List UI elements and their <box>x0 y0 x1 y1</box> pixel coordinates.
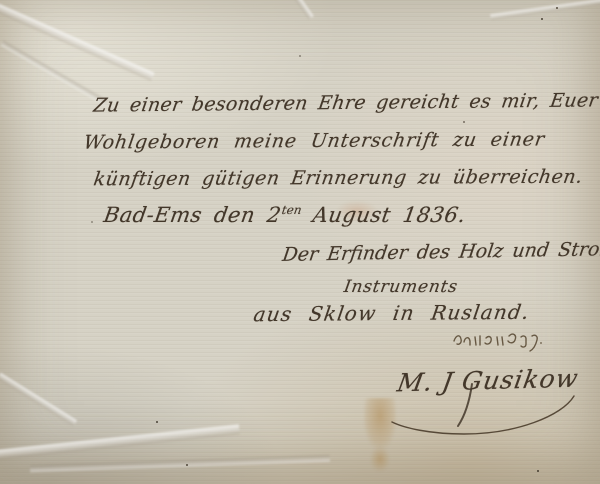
closing-line-2: Instruments <box>342 277 459 297</box>
letter-line-2: Wohlgeboren meine Unterschrift zu einer <box>82 128 546 153</box>
letter-line-3: künftigen gütigen Erinnerung zu überreic… <box>92 166 584 191</box>
paper-crease <box>1 40 108 105</box>
paper-specks <box>0 0 2 2</box>
dateline-month-year: August 1836. <box>299 203 468 227</box>
paper-crease <box>0 373 77 427</box>
paper-crease <box>0 4 154 81</box>
letter-line-1: Zu einer besonderen Ehre gereicht es mir… <box>92 89 600 116</box>
hebrew-script-note-icon <box>448 327 546 353</box>
signature-flourish-icon <box>386 382 582 440</box>
paper-crease <box>0 424 240 461</box>
dateline-place-date: Bad-Ems den 2 <box>102 203 283 227</box>
paper-crease <box>282 0 313 20</box>
paper-crease <box>30 455 330 472</box>
dateline-ordinal-superscript: ten <box>281 203 303 217</box>
manuscript-letter: Zu einer besonderen Ehre gereicht es mir… <box>0 0 600 484</box>
closing-line-3: aus Sklow in Rusland. <box>252 300 532 326</box>
ink-stain <box>370 446 390 472</box>
paper-crease <box>490 0 600 20</box>
closing-line-1: Der Erfinder des Holz und Stroh <box>281 238 600 266</box>
dateline: Bad-Ems den 2ten August 1836. <box>102 203 467 227</box>
